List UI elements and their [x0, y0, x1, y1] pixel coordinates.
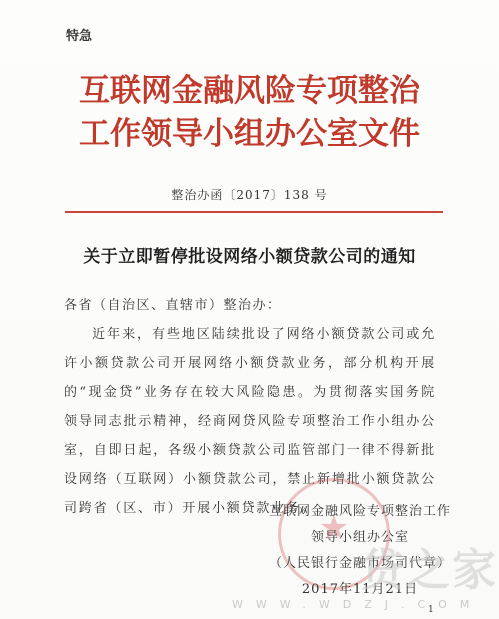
urgency-label: 特急: [66, 25, 92, 44]
notice-title: 关于立即暂停批设网络小额贷款公司的通知: [0, 242, 499, 267]
salutation: 各省（自治区、直辖市）整治办：: [64, 294, 282, 313]
red-divider-line: [65, 211, 443, 213]
signature-issuer-line1: 互联网金融风险专项整治工作: [240, 500, 480, 519]
watermark-logo: 贷之家: [360, 548, 498, 594]
document-number: 整治办函〔2017〕138 号: [0, 186, 499, 203]
issuer-title-line1: 互联网金融风险专项整治: [0, 72, 499, 110]
page-number: 1: [428, 605, 434, 615]
watermark-url: WWW.WDZJ.COM: [232, 598, 482, 611]
body-paragraph: 近年来，有些地区陆续批设了网络小额贷款公司或允许小额贷款公司开展网络小额贷款业务…: [64, 320, 436, 523]
signature-issuer-line2: 领导小组办公室: [240, 526, 480, 545]
body-text: 近年来，有些地区陆续批设了网络小额贷款公司或允许小额贷款公司开展网络小额贷款业务…: [64, 327, 436, 516]
issuer-title-line2: 工作领导小组办公室文件: [0, 115, 499, 153]
document-page: 特急 互联网金融风险专项整治 工作领导小组办公室文件 整治办函〔2017〕138…: [0, 0, 499, 619]
